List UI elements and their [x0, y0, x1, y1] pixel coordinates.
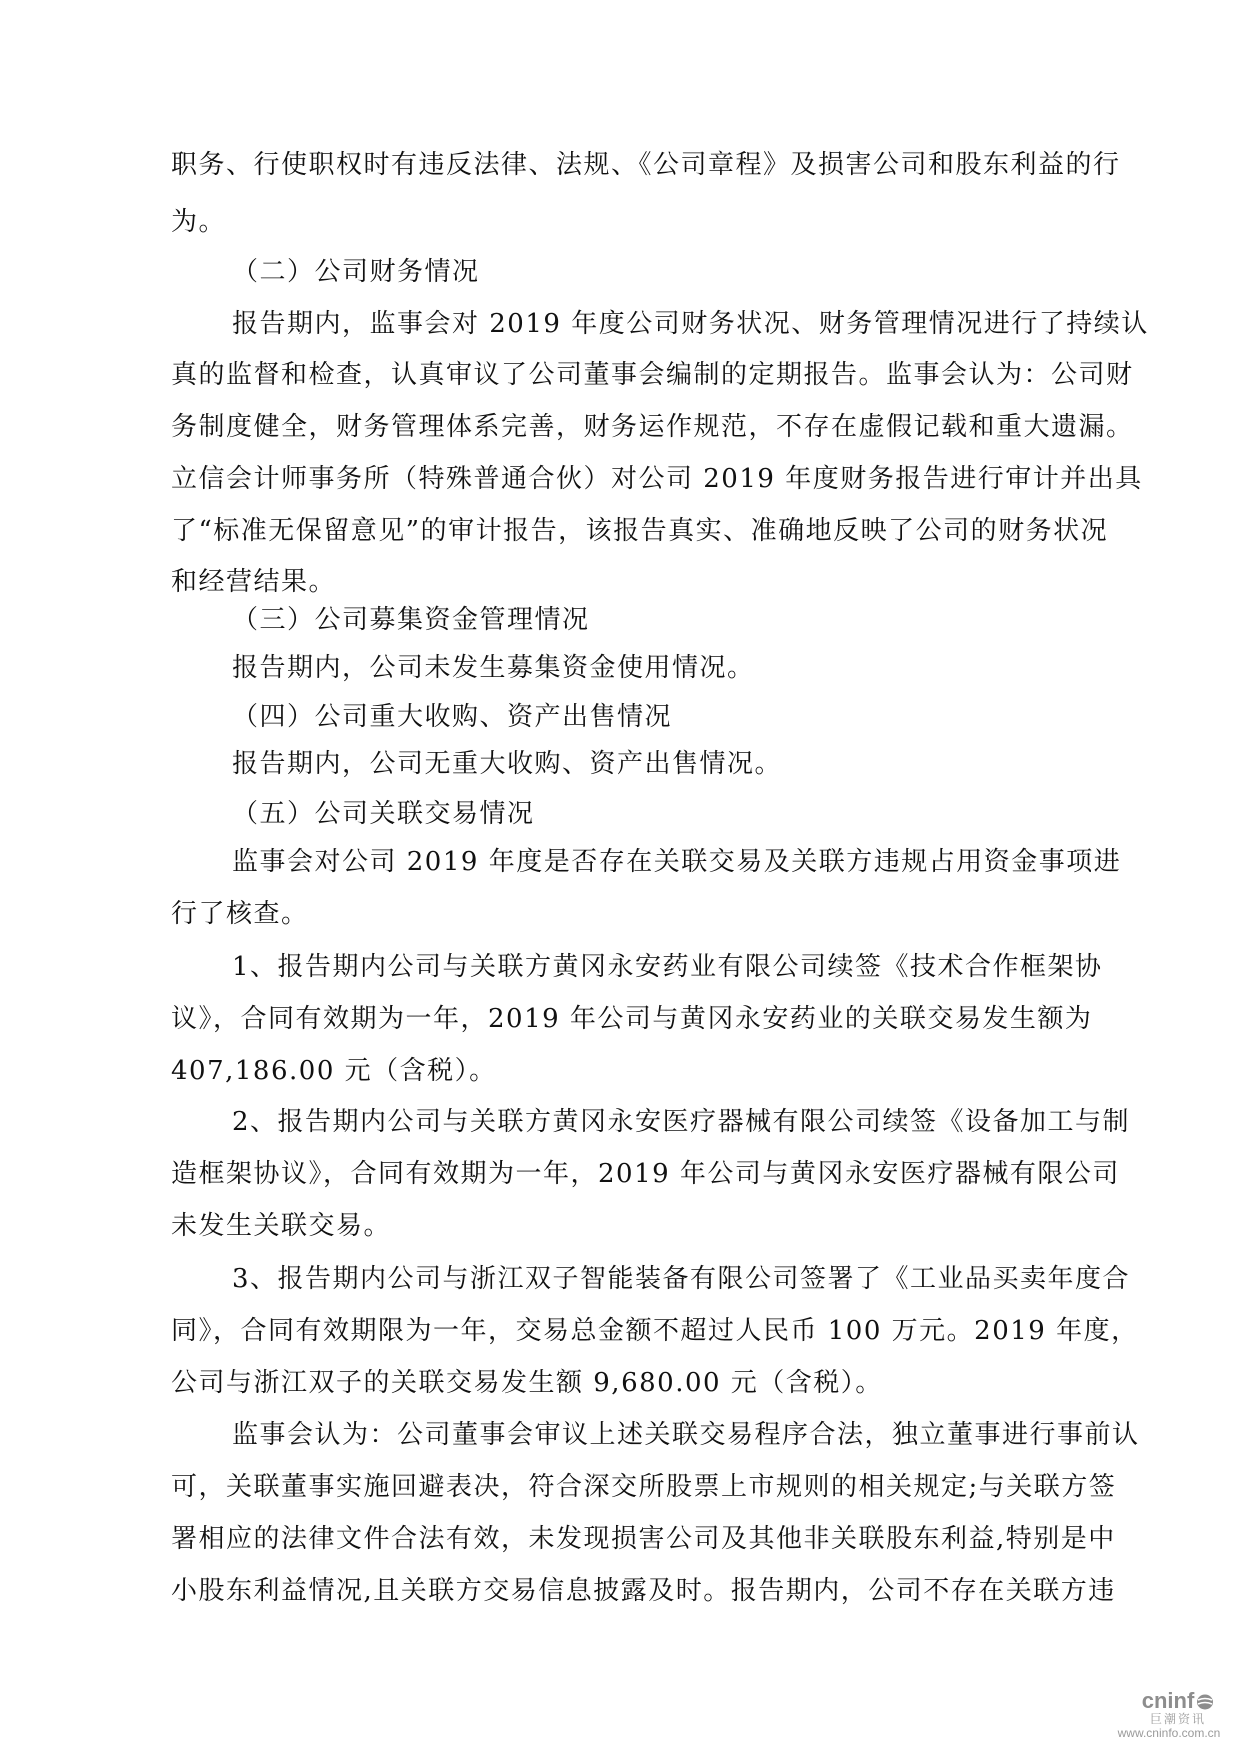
watermark-logo: cninf [1118, 1690, 1238, 1712]
cninfo-logo-icon [1196, 1692, 1214, 1708]
text-line: 务制度健全，财务管理体系完善，财务运作规范，不存在虚假记载和重大遗漏。 [171, 410, 1071, 444]
text-line: 可，关联董事实施回避表决，符合深交所股票上市规则的相关规定;与关联方签 [171, 1470, 1071, 1504]
text-line: 3、报告期内公司与浙江双子智能装备有限公司签署了《工业品买卖年度合 [232, 1262, 1071, 1296]
watermark-url: www.cninfo.com.cn [1100, 1726, 1238, 1740]
text-line: 407,186.00 元（含税）。 [171, 1054, 497, 1088]
text-line: 为。 [171, 205, 226, 239]
text-line: 了“标准无保留意见”的审计报告，该报告真实、准确地反映了公司的财务状况 [171, 514, 1071, 548]
document-page: 职务、行使职权时有违反法律、法规、《公司章程》及损害公司和股东利益的行为。（二）… [0, 0, 1241, 1754]
text-line: 议》，合同有效期为一年，2019 年公司与黄冈永安药业的关联交易发生额为 [171, 1002, 1071, 1036]
text-line: 报告期内，监事会对 2019 年度公司财务状况、财务管理情况进行了持续认 [232, 307, 1149, 341]
text-line: （三）公司募集资金管理情况 [232, 603, 590, 637]
text-line: 未发生关联交易。 [171, 1209, 391, 1243]
text-line: 立信会计师事务所（特殊普通合伙）对公司 2019 年度财务报告进行审计并出具 [171, 462, 1071, 496]
text-line: 同》，合同有效期限为一年，交易总金额不超过人民币 100 万元。2019 年度， [171, 1314, 1071, 1348]
text-line: 真的监督和检查，认真审议了公司董事会编制的定期报告。监事会认为：公司财 [171, 358, 1071, 392]
text-line: （五）公司关联交易情况 [232, 797, 535, 831]
text-line: 报告期内，公司无重大收购、资产出售情况。 [232, 747, 782, 781]
watermark-logo-text: cninf [1142, 1688, 1195, 1713]
text-line: （二）公司财务情况 [232, 255, 480, 289]
text-line: 造框架协议》，合同有效期为一年，2019 年公司与黄冈永安医疗器械有限公司 [171, 1157, 1071, 1191]
cninfo-watermark: cninf 巨潮资讯 www.cninfo.com.cn [1118, 1690, 1238, 1740]
text-line: 小股东利益情况,且关联方交易信息披露及时。报告期内，公司不存在关联方违 [171, 1574, 1071, 1608]
text-line: 职务、行使职权时有违反法律、法规、《公司章程》及损害公司和股东利益的行 [171, 148, 1071, 182]
text-line: 和经营结果。 [171, 565, 336, 599]
text-line: （四）公司重大收购、资产出售情况 [232, 700, 672, 734]
text-line: 监事会认为：公司董事会审议上述关联交易程序合法，独立董事进行事前认 [232, 1418, 1071, 1452]
text-line: 公司与浙江双子的关联交易发生额 9,680.00 元（含税）。 [171, 1366, 883, 1400]
text-line: 监事会对公司 2019 年度是否存在关联交易及关联方违规占用资金事项进 [232, 845, 1071, 879]
text-line: 1、报告期内公司与关联方黄冈永安药业有限公司续签《技术合作框架协 [232, 950, 1071, 984]
text-line: 行了核查。 [171, 897, 309, 931]
text-line: 署相应的法律文件合法有效，未发现损害公司及其他非关联股东利益,特别是中 [171, 1522, 1071, 1556]
watermark-chinese-name: 巨潮资讯 [1118, 1712, 1238, 1726]
text-line: 2、报告期内公司与关联方黄冈永安医疗器械有限公司续签《设备加工与制 [232, 1105, 1071, 1139]
text-line: 报告期内，公司未发生募集资金使用情况。 [232, 651, 755, 685]
